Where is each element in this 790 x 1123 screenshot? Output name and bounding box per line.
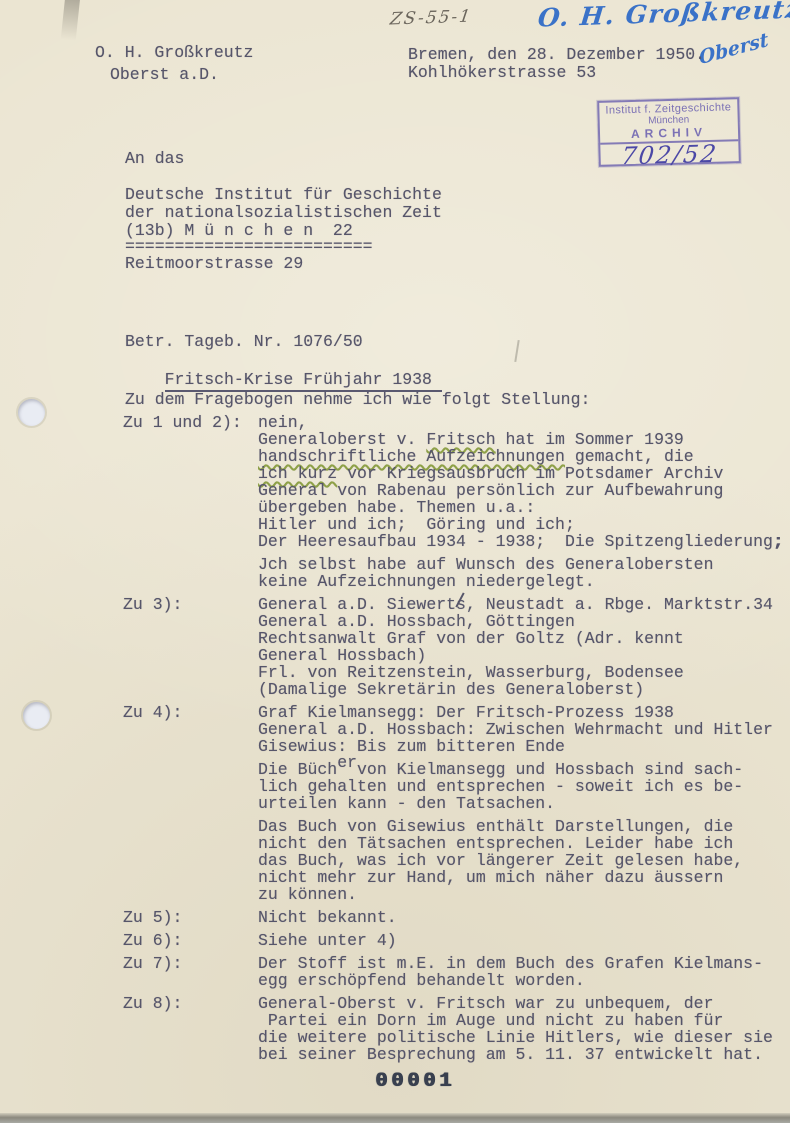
typed-line: Die Büchervon Kielmansegg und Hossbach s… <box>258 761 743 778</box>
typed-line: das Buch, was ich vor längerer Zeit gele… <box>258 852 743 869</box>
scanned-letter-page: ZS-55-1 O. H. Großkreutz Oberst O. H. Gr… <box>0 0 790 1123</box>
typed-line: (Damalige Sekretärin des Generaloberst) <box>258 681 644 698</box>
recipient-line: der nationalsozialistischen Zeit <box>125 204 442 221</box>
typed-line: Das Buch von Gisewius enthält Darstellun… <box>258 818 733 835</box>
dateline-street: Kohlhökerstrasse 53 <box>408 64 596 81</box>
typed-line: General von Rabenau persönlich zur Aufbe… <box>258 482 723 499</box>
corner-mark <box>61 0 81 41</box>
pencil-file-reference: ZS-55-1 <box>389 7 474 30</box>
typed-line: General a.D. Hossbach, Göttingen <box>258 613 575 630</box>
section-label: Zu 3): <box>123 596 182 613</box>
recipient-line: Deutsche Institut für Geschichte <box>125 186 442 203</box>
typed-line: Der Heeresaufbau 1934 - 1938; Die Spitze… <box>258 533 783 550</box>
handwritten-signature-rank: Oberst <box>698 29 770 70</box>
sender-title: Oberst a.D. <box>110 66 219 83</box>
typed-segment: ; <box>773 532 783 551</box>
typed-line: General-Oberst v. Fritsch war zu unbeque… <box>258 995 713 1012</box>
hole-punch <box>23 702 50 729</box>
intro-line: Zu dem Fragebogen nehme ich wie folgt St… <box>125 391 590 408</box>
typed-line: die weitere politische Linie Hitlers, wi… <box>258 1029 773 1046</box>
section-label: Zu 4): <box>123 704 182 721</box>
typed-line: Partei ein Dorn im Auge und nicht zu hab… <box>258 1012 723 1029</box>
subject-reference: Betr. Tageb. Nr. 1076/50 <box>125 333 363 350</box>
dateline-place-date: Bremen, den 28. Dezember 1950. <box>408 46 705 63</box>
recipient-underline-rule: ========================= <box>125 238 373 255</box>
typed-line: Frl. von Reitzenstein, Wasserburg, Boden… <box>258 664 684 681</box>
page-bottom-edge <box>0 1113 790 1123</box>
typed-line: Generaloberst v. Fritsch hat im Sommer 1… <box>258 431 684 448</box>
typed-line: Nicht bekannt. <box>258 909 397 926</box>
typed-line: Siehe unter 4) <box>258 932 397 949</box>
typed-line: keine Aufzeichnungen niedergelegt. <box>258 573 595 590</box>
typed-line: urteilen kann - den Tatsachen. <box>258 795 555 812</box>
typed-line: bei seiner Besprechung am 5. 11. 37 entw… <box>258 1046 763 1063</box>
typed-line: ich kurz vor Kriegsausbruch im Potsdamer… <box>258 465 723 482</box>
section-label: Zu 1 und 2): <box>123 414 242 431</box>
typed-line: Graf Kielmansegg: Der Fritsch-Prozess 19… <box>258 704 674 721</box>
typed-line: nein, <box>258 414 308 431</box>
pencil-mark <box>514 340 519 362</box>
typed-line: lich gehalten und entsprechen - soweit i… <box>258 778 743 795</box>
typed-segment: Der Heeresaufbau 1934 - 1938; Die Spitze… <box>258 532 773 551</box>
typed-line: General a.D. Hossbach: Zwischen Wehrmach… <box>258 721 773 738</box>
typed-segment: er <box>337 753 357 772</box>
typed-line: General a.D. Siewerts, Neustadt a. Rbge.… <box>258 596 773 613</box>
recipient-salutation: An das <box>125 150 184 167</box>
section-label: Zu 7): <box>123 955 182 972</box>
section-label: Zu 8): <box>123 995 182 1012</box>
page-number-stamp: 00001 <box>375 1070 455 1093</box>
typed-line: Rechtsanwalt Graf von der Goltz (Adr. ke… <box>258 630 684 647</box>
typed-line: General Hossbach) <box>258 647 426 664</box>
sender-name: O. H. Großkreutz <box>95 44 253 61</box>
typed-line: egg erschöpfend behandelt worden. <box>258 972 585 989</box>
recipient-line: Reitmoorstrasse 29 <box>125 255 303 272</box>
typed-line: nicht mehr zur Hand, um mich näher dazu … <box>258 869 723 886</box>
typed-line: nicht den Tätsachen entsprechen. Leider … <box>258 835 733 852</box>
subject-title-text: Fritsch-Krise Frühjahr 1938 <box>165 370 442 392</box>
typed-line: Der Stoff ist m.E. in dem Buch des Grafe… <box>258 955 763 972</box>
archive-stamp-number: 702/52 <box>599 139 740 171</box>
typed-line: Hitler und ich; Göring und ich; <box>258 516 575 533</box>
archive-stamp: Institut f. Zeitgeschichte München ARCHI… <box>597 97 741 167</box>
section-label: Zu 6): <box>123 932 182 949</box>
section-label: Zu 5): <box>123 909 182 926</box>
typed-line: übergeben habe. Themen u.a.: <box>258 499 535 516</box>
handwritten-signature-name: O. H. Großkreutz <box>537 0 790 33</box>
typed-line: zu können. <box>258 886 357 903</box>
typed-line: Gisewius: Bis zum bitteren Ende <box>258 738 565 755</box>
typed-line: Jch selbst habe auf Wunsch des Generalob… <box>258 556 713 573</box>
typed-line: handschriftliche Aufzeichnungen gemacht,… <box>258 448 694 465</box>
hole-punch <box>18 399 45 426</box>
